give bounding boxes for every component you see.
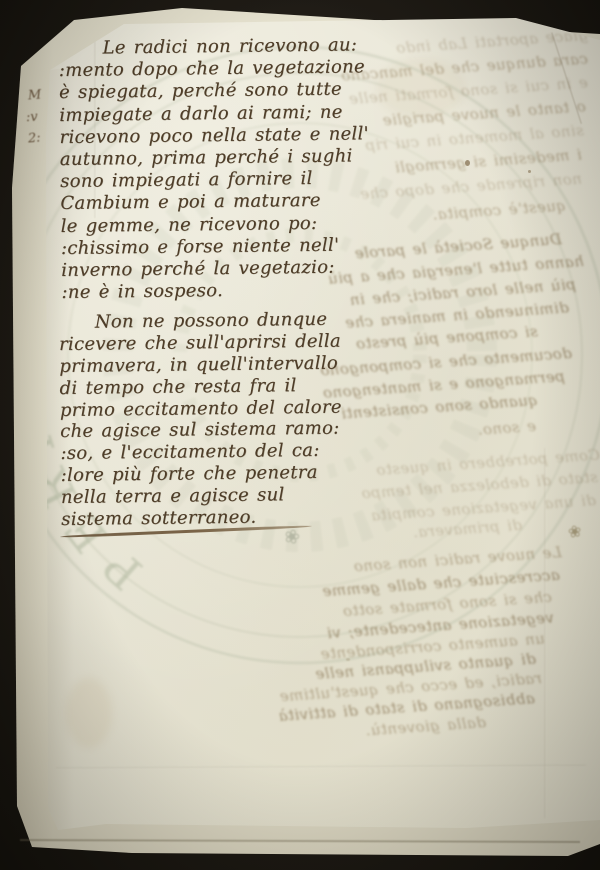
manuscript-text-paragraph-1: Le radici non ricevono au: :mento dopo c…	[58, 34, 391, 304]
margin-fragment: 2:	[27, 131, 41, 147]
manuscript-photo: M :v 2: PERIT giace aportati Lab indo	[0, 0, 600, 870]
ink-speck	[528, 170, 531, 173]
ink-speck	[465, 160, 470, 166]
manuscript-line: primo eccitamento del calore	[60, 396, 390, 422]
manuscript-line: sistema sotterraneo.	[61, 505, 391, 531]
manuscript-line: ricevere che sull'aprirsi della	[59, 330, 389, 356]
ink-speck	[346, 658, 350, 661]
manuscript-text-paragraph-2: Non ne possono dunque ricevere che sull'…	[59, 308, 392, 531]
margin-fragment: :v	[25, 110, 38, 126]
manuscript-line: autunno, prima perché i sughi	[60, 145, 390, 171]
manuscript-page: PERIT giace aportati Lab indo cara dunqu…	[46, 18, 600, 830]
manuscript-line: :ne è in sospeso.	[61, 278, 391, 304]
paper-crease	[56, 765, 586, 770]
margin-fragment: M	[27, 88, 41, 104]
